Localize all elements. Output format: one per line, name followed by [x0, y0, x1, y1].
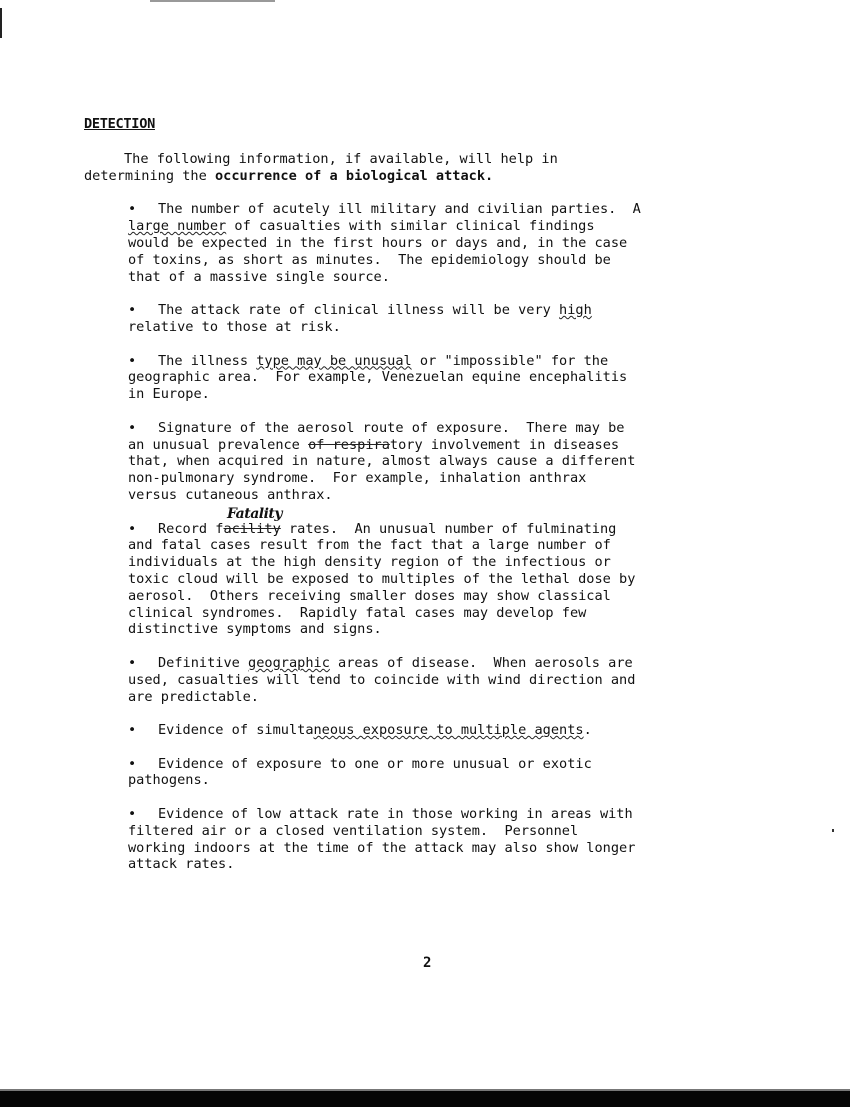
- list-item: •Signature of the aerosol route of expos…: [128, 420, 774, 504]
- page-number: 2: [423, 955, 431, 971]
- intro-bold-text: occurrence of a biological attack.: [215, 168, 493, 184]
- item-text: Evidence of simulta: [158, 722, 314, 738]
- section-heading: DETECTION: [84, 116, 774, 133]
- scan-artifact-top: [150, 0, 275, 2]
- handwritten-underline-mark: neous exposure to multiple agents: [314, 722, 584, 738]
- list-item: •Evidence of exposure to one or more unu…: [128, 756, 774, 790]
- list-item: •Evidence of simultaneous exposure to mu…: [128, 722, 774, 739]
- item-text: Evidence of low attack rate in those wor…: [128, 806, 635, 872]
- scan-artifact-bottom-bar: [0, 1091, 850, 1107]
- list-item: Fatality•Record facility rates. An unusu…: [128, 521, 774, 639]
- bullet-icon: •: [128, 806, 158, 823]
- handwritten-underline-mark: high: [559, 302, 592, 318]
- bullet-icon: •: [128, 353, 158, 370]
- list-item: •The attack rate of clinical illness wil…: [128, 302, 774, 336]
- bullet-icon: •: [128, 722, 158, 739]
- item-text: Record f: [158, 521, 223, 537]
- list-item: •The number of acutely ill military and …: [128, 201, 774, 285]
- item-text: The number of acutely ill military and c…: [158, 201, 641, 217]
- intro-paragraph: The following information, if available,…: [84, 151, 774, 185]
- item-text: The illness: [158, 353, 256, 369]
- bullet-icon: •: [128, 655, 158, 672]
- scan-artifact-margin-mark: [832, 829, 834, 832]
- bullet-icon: •: [128, 756, 158, 773]
- handwritten-underline-mark: large number: [128, 218, 226, 234]
- item-text: relative to those at risk.: [128, 319, 341, 335]
- document-page: DETECTION The following information, if …: [84, 116, 774, 890]
- bullet-icon: •: [128, 302, 158, 319]
- detection-indicator-list: •The number of acutely ill military and …: [84, 201, 774, 873]
- item-text: Evidence of exposure to one or more unus…: [128, 756, 592, 789]
- list-item: •Definitive geographic areas of disease.…: [128, 655, 774, 705]
- handwritten-underline-mark: geographic: [248, 655, 330, 671]
- item-text: The attack rate of clinical illness will…: [158, 302, 559, 318]
- item-text: .: [584, 722, 592, 738]
- item-text: Definitive: [158, 655, 248, 671]
- bullet-icon: •: [128, 201, 158, 218]
- scan-artifact-left-edge: [0, 8, 2, 38]
- list-item: •Evidence of low attack rate in those wo…: [128, 806, 774, 873]
- list-item: •The illness type may be unusual or "imp…: [128, 353, 774, 403]
- bullet-icon: •: [128, 521, 158, 538]
- bullet-icon: •: [128, 420, 158, 437]
- handwritten-correction: Fatality: [227, 506, 282, 523]
- handwritten-strike-mark: of respira: [308, 437, 390, 453]
- struck-text: acility: [223, 521, 280, 537]
- handwritten-underline-mark: type may be unusual: [256, 353, 412, 369]
- item-text: rates. An unusual number of fulminating …: [128, 521, 635, 638]
